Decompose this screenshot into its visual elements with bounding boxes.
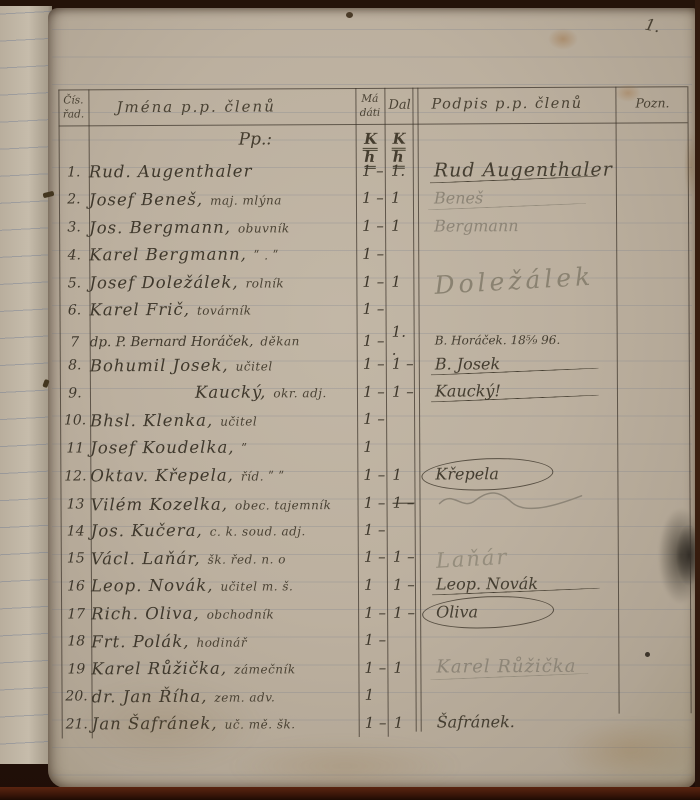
member-signature: Laňár [419,539,618,574]
header-signature: Podpis p.p. členů [417,88,615,124]
member-occupation: děkan [260,334,300,348]
debit-value: 1 – [357,355,386,373]
row-number: 4. [59,247,89,263]
member-signature [419,307,617,308]
debit-value: 1 – [356,217,385,235]
member-occupation: c. k. soud. adj. [210,524,306,539]
member-name: Vilém Kozelka, obec. tajemník [90,494,357,514]
table-row: 1. Rud. Augenthaler 1 – 1. Rud Augenthal… [59,155,688,186]
debit-value: 1 – [356,189,385,207]
member-occupation: hodinář [196,635,247,649]
member-signature: Oliva [420,602,618,622]
member-signature [420,639,618,640]
row-number: 12. [60,468,90,484]
member-name: Rud. Augenthaler [89,161,356,181]
member-signature [421,694,619,695]
row-number: 16 [61,578,91,594]
table-row: 10. Bhsl. Klenka, učitel 1 – [60,404,689,435]
row-number: 11 [60,440,90,456]
member-occupation: učitel [220,414,257,428]
member-occupation: rolník [246,277,285,291]
header-names: Jména p.p. členů [88,89,355,125]
member-name: Kaucký, okr. adj. [90,382,357,402]
debit-value: 1 – [357,465,386,483]
member-occupation: továrník [197,304,252,318]
member-occupation: učitel [236,359,273,373]
table-row: 15 Václ. Laňár, šk. řed. n. o 1 – 1 – La… [61,542,690,573]
debit-value: 1 [358,686,387,704]
member-occupation: zem. adv. [214,690,275,704]
table-row: 13 Vilém Kozelka, obec. tajemník 1 – 1 – [60,487,689,518]
row-number: 10. [60,413,90,429]
member-name: Josef Koudelka, ʺ [90,437,357,457]
credit-value: 1 [385,189,413,207]
table-row: 9. Kaucký, okr. adj. 1 – 1 – Kaucký! [60,376,689,407]
member-name: Jos. Bergmann, obuvník [89,216,356,236]
table-row: 5. Josef Doležálek, rolník 1 – 1 Doležál… [59,266,688,297]
member-signature: B. Josek [419,353,617,373]
debit-value: 1 [357,438,386,456]
member-signature [419,487,617,518]
debit-value: 1 – [356,273,385,291]
credit-value: 1 – [386,494,414,512]
debit-value: 1 – [356,162,385,180]
member-name: Karel Růžička, zámečník [91,658,358,678]
debit-value: 1 – [357,331,386,349]
row-number: 9. [60,385,90,401]
member-occupation: říd. ʺ ʺ [241,469,285,483]
member-signature: Kaucký! [419,381,617,401]
header-note: Pozn. [615,87,687,122]
member-signature: Beneš [418,188,616,208]
row-number: 19 [61,661,91,677]
table-row: 21. Jan Šafránek, uč. mě. šk. 1 – 1 Šafr… [62,707,691,738]
debit-value: 1 – [356,300,385,318]
member-signature [419,445,617,446]
table-row: 6. Karel Frič, továrník 1 – [59,293,688,324]
member-occupation: obuvník [238,221,290,235]
member-name: Frt. Polák, hodinář [91,631,358,651]
credit-value: 1 [386,465,414,483]
member-occupation: ʺ . ʺ [254,248,279,262]
debit-value: 1 – [358,603,387,621]
member-occupation: maj. mlýna [210,193,282,207]
member-signature: Šafránek. [421,712,619,732]
row-number: 17 [61,606,91,622]
header-debit: Má dáti [355,89,384,124]
member-signature: Bergmann [418,215,616,235]
row-number: 6. [59,302,89,318]
table-row: 8. Bohumil Josek, učitel 1 – 1 – B. Jose… [60,348,689,379]
ledger-table: Čís. řad. Jména p.p. členů Má dáti Dal P… [0,0,700,800]
member-occupation: okr. adj. [273,386,326,400]
member-signature: Leop. Novák [420,574,618,594]
member-signature: Rud Augenthaler [418,158,616,181]
member-signature [420,528,618,529]
table-row: 3. Jos. Bergmann, obuvník 1 – 1 Bergmann [59,210,688,241]
member-name: Oktav. Křepela, říd. ʺ ʺ [90,465,357,485]
debit-value: 1 – [357,494,386,512]
header-num: Čís. řad. [58,90,88,125]
credit-value: 1 [385,217,413,235]
table-subheader-row: Pp.: K h K h [59,122,688,158]
member-name: Leop. Novák, učitel m. š. [91,575,358,595]
credit-value: 1. . [386,322,414,358]
credit-value: 1. [385,161,413,179]
member-name: Josef Beneš, maj. mlýna [89,189,356,209]
debit-value: 1 – [358,548,387,566]
table-row: 18 Frt. Polák, hodinář 1 – [61,625,690,656]
member-name: Jos. Kučera, c. k. soud. adj. [91,520,358,540]
table-row: 2. Josef Beneš, maj. mlýna 1 – 1 Beneš [59,183,688,214]
debit-value: 1 – [357,410,386,428]
member-signature: Křepela [419,464,617,484]
row-number: 20. [62,689,92,705]
credit-value: 1 [387,658,415,676]
debit-value: 1 – [356,244,385,262]
row-number: 8. [60,357,90,373]
credit-value: 1 – [387,603,415,621]
ledger-photo: Čís. řad. Jména p.p. členů Má dáti Dal P… [0,0,700,800]
member-name: dr. Jan Říha, zem. adv. [92,686,359,706]
table-row: 20. dr. Jan Říha, zem. adv. 1 [61,680,690,711]
row-number: 14 [61,523,91,539]
credit-value: 1 – [386,382,414,400]
member-name: Karel Frič, továrník [89,299,356,319]
table-header-row: Čís. řad. Jména p.p. členů Má dáti Dal P… [58,87,687,125]
row-number: 1. [59,164,89,180]
header-credit: Dal [384,89,412,124]
row-number: 18 [61,634,91,650]
debit-value: 1 [358,576,387,594]
debit-value: 1 – [359,714,388,732]
credit-value: 1 – [386,355,414,373]
row-number: 7 [60,334,90,350]
member-signature [419,418,617,419]
member-occupation: šk. řed. n. o [208,552,286,566]
debit-value: 1 – [358,521,387,539]
member-name: Václ. Laňár, šk. řed. n. o [91,548,358,568]
desk-edge-bottom [0,787,700,800]
member-occupation: ʺ [241,442,247,456]
row-number: 3. [59,219,89,235]
member-occupation: obchodník [207,607,275,621]
member-name: Josef Doležálek, rolník [89,272,356,292]
row-number: 13 [61,497,91,513]
debit-value: 1 – [358,659,387,677]
credit-value: 1 [385,273,413,291]
table-row: 11 Josef Koudelka, ʺ 1 [60,431,689,462]
member-name: dp. P. Bernard Horáček, děkan [90,333,357,350]
member-signature: B. Horáček. 18⁵⁄₉ 96. [419,332,617,347]
member-occupation: učitel m. š. [220,580,293,594]
member-signature [418,252,616,253]
member-occupation: obec. tajemník [235,498,331,513]
member-name: Bohumil Josek, učitel [90,355,357,375]
row-number: 15 [61,551,91,567]
debit-value: 1 – [357,382,386,400]
signature-scrawl-icon [435,487,585,514]
table-row: 17 Rich. Oliva, obchodník 1 – 1 – Oliva [61,597,690,628]
member-name: Jan Šafránek, uč. mě. šk. [92,713,359,733]
member-occupation: zámečník [234,663,296,677]
credit-value: 1 [388,714,416,732]
member-occupation: uč. mě. šk. [225,718,296,732]
row-number: 5. [59,275,89,291]
debit-value: 1 – [358,631,387,649]
member-name: Rich. Oliva, obchodník [91,603,358,623]
table-row: 7 dp. P. Bernard Horáček, děkan 1 – 1. .… [60,321,689,352]
credit-value: 1 – [387,548,415,566]
credit-value: 1 – [387,576,415,594]
table-rows: 1. Rud. Augenthaler 1 – 1. Rud Augenthal… [59,155,691,738]
member-name: Karel Bergmann, ʺ . ʺ [89,244,356,264]
desk-edge-right [695,0,700,800]
table-row: 12. Oktav. Křepela, říd. ʺ ʺ 1 – 1 Křepe… [60,459,689,490]
table-row: 16 Leop. Novák, učitel m. š. 1 1 – Leop.… [61,569,690,600]
row-number: 2. [59,192,89,208]
row-number: 21. [62,716,92,732]
member-name: Bhsl. Klenka, učitel [90,410,357,430]
table-row: 19 Karel Růžička, zámečník 1 – 1 Karel R… [61,652,690,683]
member-signature: Karel Růžička [420,656,618,678]
